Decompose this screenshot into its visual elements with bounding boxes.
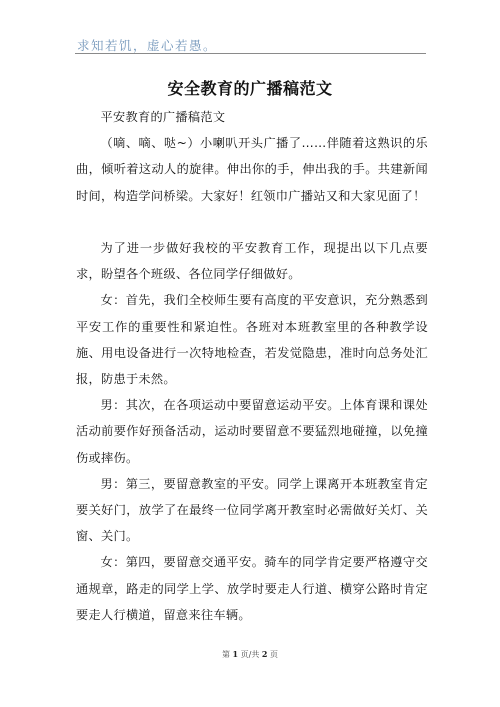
- paragraph-first-point: 女：首先，我们全校师生要有高度的平安意识，充分熟悉到平安工作的重要性和紧迫性。各…: [76, 287, 428, 392]
- header-motto: 求知若饥，虚心若愚。: [77, 36, 217, 54]
- blank-line: [76, 209, 428, 235]
- footer-prefix: 第: [222, 650, 230, 659]
- paragraph-intro: （嘀、嘀、哒~）小喇叭开头广播了……伴随着这熟识的乐曲，倾听着这动人的旋律。伸出…: [76, 130, 428, 209]
- document-subtitle: 平安教育的广播稿范文: [76, 104, 428, 130]
- paragraph-requirements: 为了进一步做好我校的平安教育工作，现提出以下几点要求，盼望各个班级、各位同学仔细…: [76, 235, 428, 287]
- paragraph-third-point: 男：第三，要留意教室的平安。同学上课离开本班教室肯定要关好门，放学了在最终一位同…: [76, 471, 428, 550]
- document-title: 安全教育的广播稿范文: [0, 76, 500, 99]
- page-header: 求知若饥，虚心若愚。: [75, 33, 426, 54]
- footer-middle: 页/共: [241, 650, 260, 659]
- page-footer: 第 1 页/共 2 页: [0, 649, 500, 660]
- footer-suffix: 页: [270, 650, 278, 659]
- paragraph-fourth-point: 女：第四，要留意交通平安。骑车的同学肯定要严格遵守交通规章，路走的同学上学、放学…: [76, 549, 428, 628]
- document-body: 平安教育的广播稿范文 （嘀、嘀、哒~）小喇叭开头广播了……伴随着这熟识的乐曲，倾…: [76, 104, 428, 628]
- current-page-number: 1: [233, 649, 239, 659]
- paragraph-second-point: 男：其次，在各项运动中要留意运动平安。上体育课和课处活动前要作好预备活动，运动时…: [76, 392, 428, 471]
- total-page-count: 2: [262, 649, 268, 659]
